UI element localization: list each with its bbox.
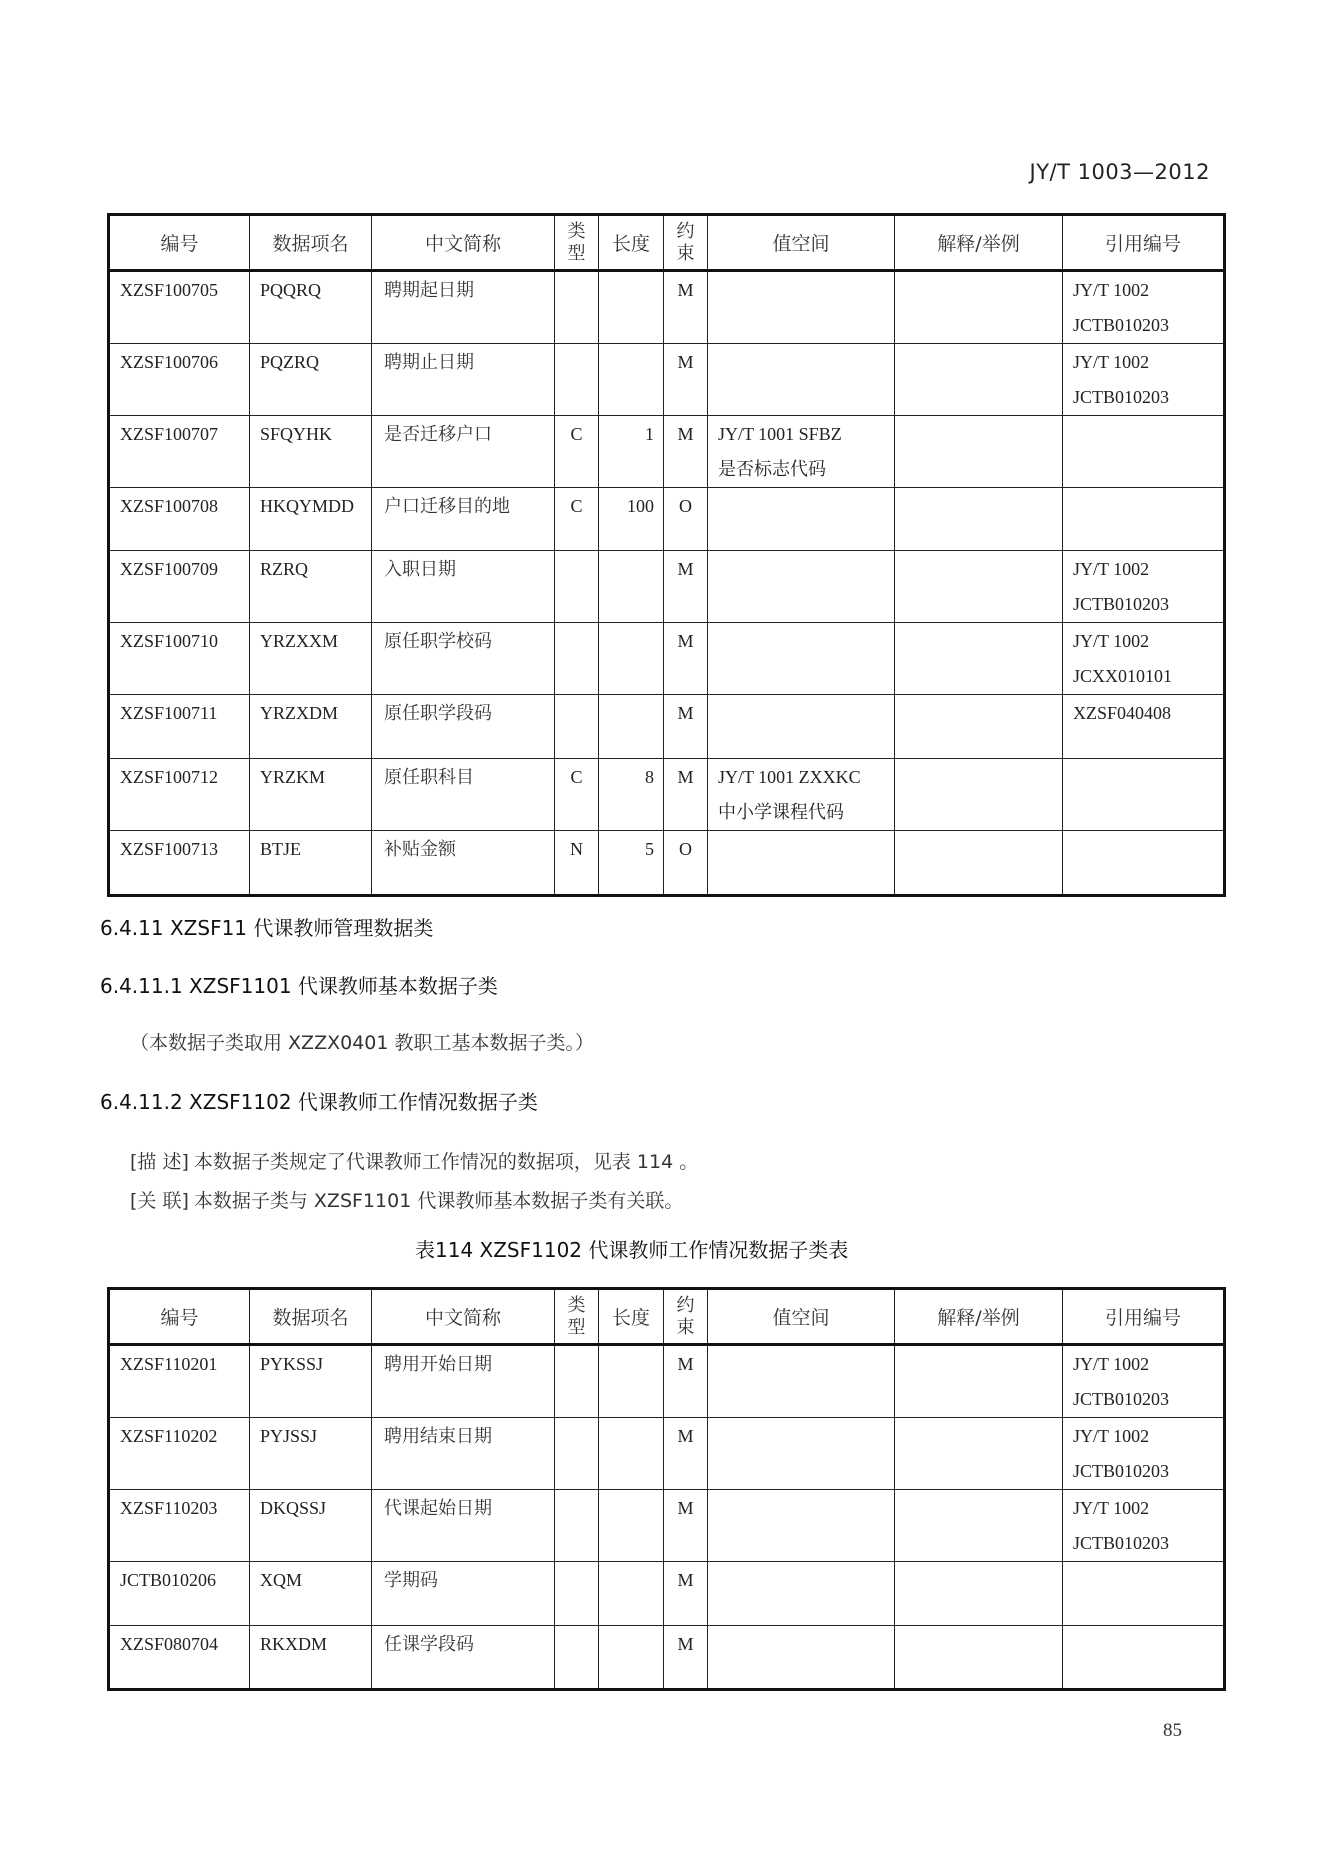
col-header-value-space: 值空间 [708, 1289, 895, 1345]
cell-id: XZSF100706 [109, 344, 250, 416]
cell-constraint-text: M [664, 1563, 707, 1598]
cell-explanation [895, 1626, 1063, 1690]
cell-value-space [708, 551, 895, 623]
cell-type [555, 551, 599, 623]
cell-explanation [895, 416, 1063, 488]
cell-id: XZSF100711 [109, 695, 250, 759]
cell-constraint-text: M [664, 552, 707, 587]
cell-id-text: XZSF110201 [110, 1347, 249, 1382]
cell-constraint: M [664, 623, 708, 695]
cell-id-text: XZSF100706 [110, 345, 249, 380]
cell-reference [1063, 488, 1225, 551]
cell-id-text: XZSF100707 [110, 417, 249, 452]
cell-constraint: M [664, 1345, 708, 1418]
cell-item-name-text: RZRQ [250, 552, 371, 587]
cell-length [599, 1626, 664, 1690]
cell-id-text: XZSF080704 [110, 1627, 249, 1662]
table-row: XZSF110203DKQSSJ代课起始日期MJY/T 1002 JCTB010… [109, 1490, 1225, 1562]
cell-reference-text: JY/T 1002 JCTB010203 [1063, 1347, 1223, 1417]
col-header-constraint: 约 束 [664, 1289, 708, 1345]
cell-explanation [895, 1418, 1063, 1490]
cell-cn-name-text: 代课起始日期 [372, 1491, 554, 1526]
cell-constraint-text: O [664, 832, 707, 867]
cell-cn-name-text: 聘期起日期 [372, 273, 554, 308]
col-header-cn-name: 中文简称 [372, 1289, 555, 1345]
cell-item-name: PYKSSJ [250, 1345, 372, 1418]
section-heading-6-4-11-1: 6.4.11.1 XZSF1101 代课教师基本数据子类 [100, 970, 498, 999]
cell-explanation [895, 271, 1063, 344]
cell-id: XZSF100713 [109, 831, 250, 896]
cell-reference: JY/T 1002 JCTB010203 [1063, 1490, 1225, 1562]
cell-explanation [895, 551, 1063, 623]
cell-constraint: M [664, 759, 708, 831]
cell-reference [1063, 1562, 1225, 1626]
cell-type [555, 344, 599, 416]
table-header-row: 编号 数据项名 中文简称 类 型 长度 约 束 值空间 解释/举例 引用编号 [109, 215, 1225, 271]
cell-length: 1 [599, 416, 664, 488]
cell-cn-name: 入职日期 [372, 551, 555, 623]
cell-cn-name: 聘期止日期 [372, 344, 555, 416]
cell-cn-name-text: 学期码 [372, 1563, 554, 1598]
table-header-row: 编号 数据项名 中文简称 类 型 长度 约 束 值空间 解释/举例 引用编号 [109, 1289, 1225, 1345]
cell-cn-name-text: 原任职学校码 [372, 624, 554, 659]
cell-explanation [895, 759, 1063, 831]
cell-reference-text: XZSF040408 [1063, 696, 1223, 731]
cell-item-name: YRZXXM [250, 623, 372, 695]
cell-constraint-text: O [664, 489, 707, 524]
cell-item-name: RZRQ [250, 551, 372, 623]
cell-reference: XZSF040408 [1063, 695, 1225, 759]
cell-length [599, 1490, 664, 1562]
cell-reference-text: JY/T 1002 JCXX010101 [1063, 624, 1223, 694]
table-row: XZSF100712YRZKM原任职科目C8MJY/T 1001 ZXXKC 中… [109, 759, 1225, 831]
cell-type-text: C [555, 760, 598, 795]
cell-id: XZSF080704 [109, 1626, 250, 1690]
cell-reference [1063, 831, 1225, 896]
cell-constraint: M [664, 344, 708, 416]
cell-id-text: XZSF100709 [110, 552, 249, 587]
cell-constraint: M [664, 1626, 708, 1690]
cell-length [599, 695, 664, 759]
section-heading-6-4-11-2: 6.4.11.2 XZSF1102 代课教师工作情况数据子类 [100, 1086, 538, 1115]
cell-id-text: XZSF100708 [110, 489, 249, 524]
table-row: XZSF100706PQZRQ聘期止日期MJY/T 1002 JCTB01020… [109, 344, 1225, 416]
cell-cn-name: 原任职科目 [372, 759, 555, 831]
relation-label: [关 联] [130, 1190, 189, 1212]
table-row: XZSF100710YRZXXM原任职学校码MJY/T 1002 JCXX010… [109, 623, 1225, 695]
cell-constraint: O [664, 831, 708, 896]
cell-cn-name-text: 聘用结束日期 [372, 1419, 554, 1454]
cell-type [555, 1626, 599, 1690]
cell-reference: JY/T 1002 JCTB010203 [1063, 1345, 1225, 1418]
cell-item-name: SFQYHK [250, 416, 372, 488]
cell-item-name-text: SFQYHK [250, 417, 371, 452]
table-row: XZSF100705PQQRQ聘期起日期MJY/T 1002 JCTB01020… [109, 271, 1225, 344]
cell-reference-text: JY/T 1002 JCTB010203 [1063, 1491, 1223, 1561]
cell-value-space [708, 695, 895, 759]
cell-id: XZSF100708 [109, 488, 250, 551]
cell-length [599, 623, 664, 695]
col-header-length: 长度 [599, 215, 664, 271]
cell-item-name: PQQRQ [250, 271, 372, 344]
col-header-length: 长度 [599, 1289, 664, 1345]
cell-type: C [555, 759, 599, 831]
cell-constraint: M [664, 416, 708, 488]
cell-reference-text: JY/T 1002 JCTB010203 [1063, 345, 1223, 415]
cell-explanation [895, 831, 1063, 896]
cell-item-name-text: HKQYMDD [250, 489, 371, 524]
cell-cn-name-text: 原任职科目 [372, 760, 554, 795]
cell-item-name-text: PQQRQ [250, 273, 371, 308]
cell-constraint-text: M [664, 1627, 707, 1662]
cell-length-text: 100 [599, 489, 663, 524]
cell-item-name-text: YRZXXM [250, 624, 371, 659]
cell-id-text: XZSF110202 [110, 1419, 249, 1454]
cell-item-name-text: BTJE [250, 832, 371, 867]
cell-length [599, 1418, 664, 1490]
data-table-continued: 编号 数据项名 中文简称 类 型 长度 约 束 值空间 解释/举例 引用编号 X… [107, 213, 1226, 897]
cell-item-name-text: RKXDM [250, 1627, 371, 1662]
cell-item-name: RKXDM [250, 1626, 372, 1690]
col-header-cn-name: 中文简称 [372, 215, 555, 271]
cell-value-space-text: JY/T 1001 ZXXKC 中小学课程代码 [708, 760, 894, 830]
cell-reference: JY/T 1002 JCTB010203 [1063, 551, 1225, 623]
cell-id: XZSF100710 [109, 623, 250, 695]
cell-cn-name: 户口迁移目的地 [372, 488, 555, 551]
cell-length [599, 271, 664, 344]
cell-item-name-text: PYKSSJ [250, 1347, 371, 1382]
cell-reference [1063, 1626, 1225, 1690]
cell-constraint: O [664, 488, 708, 551]
col-header-type: 类 型 [555, 215, 599, 271]
cell-value-space [708, 1562, 895, 1626]
cell-constraint-text: M [664, 696, 707, 731]
cell-id: XZSF110202 [109, 1418, 250, 1490]
cell-item-name-text: DKQSSJ [250, 1491, 371, 1526]
description-text: 本数据子类规定了代课教师工作情况的数据项，见表 114 。 [194, 1151, 698, 1173]
subclass-note: （本数据子类取用 XZZX0401 教职工基本数据子类。） [130, 1028, 594, 1055]
relation-text: 本数据子类与 XZSF1101 代课教师基本数据子类有关联。 [194, 1190, 683, 1212]
cell-constraint: M [664, 1562, 708, 1626]
col-header-reference: 引用编号 [1063, 1289, 1225, 1345]
cell-type-text: C [555, 489, 598, 524]
cell-item-name: BTJE [250, 831, 372, 896]
cell-constraint: M [664, 551, 708, 623]
section-heading-6-4-11: 6.4.11 XZSF11 代课教师管理数据类 [100, 912, 433, 941]
cell-type [555, 623, 599, 695]
table-row: XZSF110202PYJSSJ聘用结束日期MJY/T 1002 JCTB010… [109, 1418, 1225, 1490]
cell-item-name: XQM [250, 1562, 372, 1626]
cell-constraint: M [664, 271, 708, 344]
cell-length: 8 [599, 759, 664, 831]
cell-cn-name-text: 补贴金额 [372, 832, 554, 867]
cell-constraint-text: M [664, 624, 707, 659]
cell-length-text: 8 [599, 760, 663, 795]
col-header-explanation: 解释/举例 [895, 1289, 1063, 1345]
cell-type-text: C [555, 417, 598, 452]
cell-type [555, 1490, 599, 1562]
cell-constraint-text: M [664, 1347, 707, 1382]
cell-cn-name: 聘用开始日期 [372, 1345, 555, 1418]
cell-id-text: XZSF100712 [110, 760, 249, 795]
data-table-114: 编号 数据项名 中文简称 类 型 长度 约 束 值空间 解释/举例 引用编号 X… [107, 1287, 1226, 1691]
cell-length-text: 1 [599, 417, 663, 452]
col-header-item-name: 数据项名 [250, 215, 372, 271]
cell-item-name: PYJSSJ [250, 1418, 372, 1490]
cell-cn-name: 学期码 [372, 1562, 555, 1626]
cell-cn-name: 原任职学段码 [372, 695, 555, 759]
cell-reference [1063, 416, 1225, 488]
cell-constraint: M [664, 1418, 708, 1490]
cell-cn-name: 代课起始日期 [372, 1490, 555, 1562]
cell-value-space [708, 1626, 895, 1690]
table-row: XZSF110201PYKSSJ聘用开始日期MJY/T 1002 JCTB010… [109, 1345, 1225, 1418]
cell-constraint-text: M [664, 1491, 707, 1526]
cell-value-space [708, 271, 895, 344]
standard-code: JY/T 1003—2012 [1030, 160, 1211, 184]
cell-id-text: XZSF100710 [110, 624, 249, 659]
cell-item-name: YRZXDM [250, 695, 372, 759]
table-row: XZSF100707SFQYHK是否迁移户口C1MJY/T 1001 SFBZ … [109, 416, 1225, 488]
cell-item-name: HKQYMDD [250, 488, 372, 551]
cell-item-name: DKQSSJ [250, 1490, 372, 1562]
cell-constraint-text: M [664, 345, 707, 380]
cell-reference [1063, 759, 1225, 831]
col-header-constraint: 约 束 [664, 215, 708, 271]
relation-line: [关 联] 本数据子类与 XZSF1101 代课教师基本数据子类有关联。 [130, 1186, 683, 1213]
cell-reference-text: JY/T 1002 JCTB010203 [1063, 552, 1223, 622]
cell-value-space [708, 1345, 895, 1418]
cell-length-text: 5 [599, 832, 663, 867]
cell-constraint-text: M [664, 273, 707, 308]
cell-constraint-text: M [664, 417, 707, 452]
cell-type [555, 1345, 599, 1418]
cell-type [555, 695, 599, 759]
description-line: [描 述] 本数据子类规定了代课教师工作情况的数据项，见表 114 。 [130, 1147, 698, 1174]
cell-type: C [555, 488, 599, 551]
cell-length [599, 1562, 664, 1626]
cell-value-space [708, 831, 895, 896]
cell-id: XZSF100712 [109, 759, 250, 831]
cell-reference-text: JY/T 1002 JCTB010203 [1063, 1419, 1223, 1489]
cell-cn-name: 是否迁移户口 [372, 416, 555, 488]
table-row: XZSF100713BTJE补贴金额N5O [109, 831, 1225, 896]
cell-id: XZSF110201 [109, 1345, 250, 1418]
subclass-note-text: （本数据子类取用 XZZX0401 教职工基本数据子类。） [130, 1032, 594, 1054]
cell-value-space [708, 344, 895, 416]
table-row: XZSF100708HKQYMDD户口迁移目的地C100O [109, 488, 1225, 551]
col-header-reference: 引用编号 [1063, 215, 1225, 271]
cell-reference-text: JY/T 1002 JCTB010203 [1063, 273, 1223, 343]
table-row: JCTB010206XQM学期码M [109, 1562, 1225, 1626]
col-header-constraint-text: 约 束 [677, 1295, 695, 1338]
cell-cn-name: 聘用结束日期 [372, 1418, 555, 1490]
col-header-type-text: 类 型 [568, 221, 586, 264]
cell-cn-name-text: 聘用开始日期 [372, 1347, 554, 1382]
cell-explanation [895, 344, 1063, 416]
table-row: XZSF100711YRZXDM原任职学段码MXZSF040408 [109, 695, 1225, 759]
cell-reference: JY/T 1002 JCXX010101 [1063, 623, 1225, 695]
cell-explanation [895, 488, 1063, 551]
cell-item-name-text: PQZRQ [250, 345, 371, 380]
cell-id-text: JCTB010206 [110, 1563, 249, 1598]
table-row: XZSF100709RZRQ入职日期MJY/T 1002 JCTB010203 [109, 551, 1225, 623]
cell-reference: JY/T 1002 JCTB010203 [1063, 1418, 1225, 1490]
cell-constraint: M [664, 695, 708, 759]
cell-type-text: N [555, 832, 598, 867]
cell-explanation [895, 1345, 1063, 1418]
col-header-type: 类 型 [555, 1289, 599, 1345]
cell-id-text: XZSF110203 [110, 1491, 249, 1526]
table-caption: 表114 XZSF1102 代课教师工作情况数据子类表 [415, 1234, 848, 1263]
cell-type [555, 1562, 599, 1626]
cell-cn-name: 原任职学校码 [372, 623, 555, 695]
cell-item-name: PQZRQ [250, 344, 372, 416]
cell-value-space: JY/T 1001 SFBZ 是否标志代码 [708, 416, 895, 488]
cell-id-text: XZSF100713 [110, 832, 249, 867]
cell-id-text: XZSF100705 [110, 273, 249, 308]
col-header-id: 编号 [109, 215, 250, 271]
cell-value-space: JY/T 1001 ZXXKC 中小学课程代码 [708, 759, 895, 831]
cell-item-name: YRZKM [250, 759, 372, 831]
page-number: 85 [1163, 1720, 1182, 1742]
cell-length: 5 [599, 831, 664, 896]
table-row: XZSF080704RKXDM任课学段码M [109, 1626, 1225, 1690]
cell-cn-name-text: 任课学段码 [372, 1627, 554, 1662]
cell-item-name-text: XQM [250, 1563, 371, 1598]
cell-value-space [708, 1490, 895, 1562]
cell-length: 100 [599, 488, 664, 551]
cell-type: C [555, 416, 599, 488]
col-header-id: 编号 [109, 1289, 250, 1345]
cell-cn-name-text: 户口迁移目的地 [372, 489, 554, 524]
cell-id-text: XZSF100711 [110, 696, 249, 731]
cell-cn-name-text: 原任职学段码 [372, 696, 554, 731]
cell-type [555, 271, 599, 344]
cell-id: XZSF100705 [109, 271, 250, 344]
cell-cn-name: 任课学段码 [372, 1626, 555, 1690]
cell-type: N [555, 831, 599, 896]
cell-id: XZSF100709 [109, 551, 250, 623]
cell-length [599, 551, 664, 623]
cell-cn-name-text: 是否迁移户口 [372, 417, 554, 452]
cell-item-name-text: YRZXDM [250, 696, 371, 731]
col-header-constraint-text: 约 束 [677, 221, 695, 264]
cell-cn-name-text: 入职日期 [372, 552, 554, 587]
col-header-type-text: 类 型 [568, 1295, 586, 1338]
cell-cn-name: 补贴金额 [372, 831, 555, 896]
cell-length [599, 1345, 664, 1418]
description-label: [描 述] [130, 1151, 189, 1173]
cell-length [599, 344, 664, 416]
cell-constraint-text: M [664, 1419, 707, 1454]
cell-item-name-text: PYJSSJ [250, 1419, 371, 1454]
cell-explanation [895, 623, 1063, 695]
cell-explanation [895, 1490, 1063, 1562]
cell-cn-name-text: 聘期止日期 [372, 345, 554, 380]
cell-value-space [708, 488, 895, 551]
cell-item-name-text: YRZKM [250, 760, 371, 795]
col-header-item-name: 数据项名 [250, 1289, 372, 1345]
cell-constraint: M [664, 1490, 708, 1562]
cell-explanation [895, 695, 1063, 759]
cell-id: XZSF110203 [109, 1490, 250, 1562]
col-header-explanation: 解释/举例 [895, 215, 1063, 271]
cell-reference: JY/T 1002 JCTB010203 [1063, 271, 1225, 344]
cell-id: XZSF100707 [109, 416, 250, 488]
cell-value-space-text: JY/T 1001 SFBZ 是否标志代码 [708, 417, 894, 487]
cell-constraint-text: M [664, 760, 707, 795]
col-header-value-space: 值空间 [708, 215, 895, 271]
cell-reference: JY/T 1002 JCTB010203 [1063, 344, 1225, 416]
cell-explanation [895, 1562, 1063, 1626]
cell-value-space [708, 1418, 895, 1490]
cell-type [555, 1418, 599, 1490]
cell-value-space [708, 623, 895, 695]
cell-cn-name: 聘期起日期 [372, 271, 555, 344]
cell-id: JCTB010206 [109, 1562, 250, 1626]
